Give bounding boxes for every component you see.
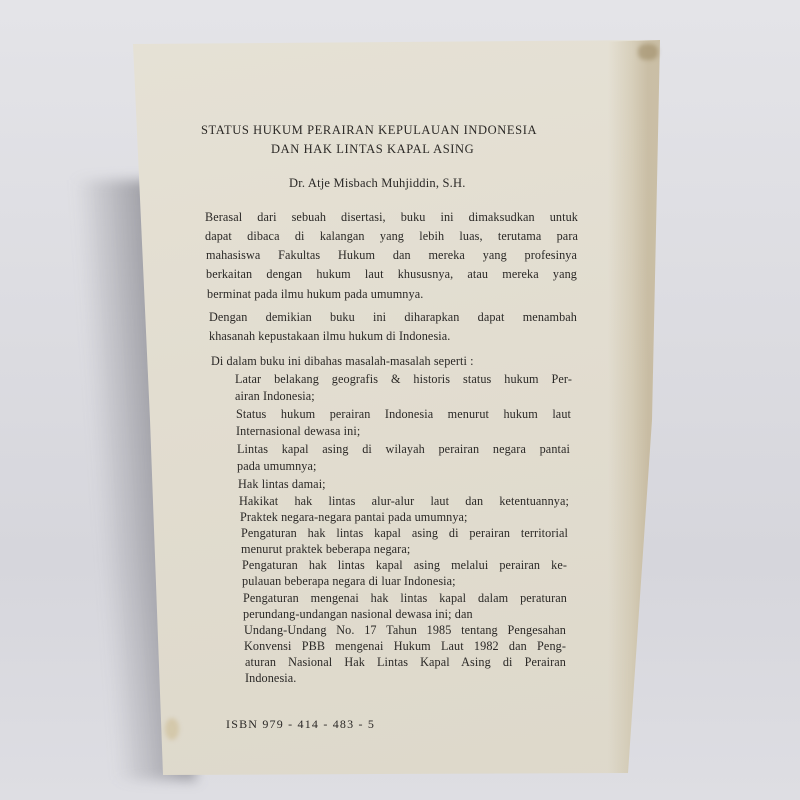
- topic-line: Indonesia.: [245, 671, 296, 686]
- topic-line: Lintas kapal asing di wilayah perairan n…: [237, 442, 570, 457]
- paragraph-line: khasanah kepustakaan ilmu hukum di Indon…: [209, 329, 450, 344]
- topic-line: Pengaturan hak lintas kapal asing di per…: [241, 526, 568, 541]
- topic-line: Hakikat hak lintas alur-alur laut dan ke…: [239, 494, 569, 509]
- topic-line: Undang-Undang No. 17 Tahun 1985 tentang …: [244, 623, 566, 638]
- topic-line: Latar belakang geografis & historis stat…: [235, 372, 572, 387]
- topic-line: airan Indonesia;: [235, 389, 315, 404]
- topic-line: menurut praktek beberapa negara;: [241, 542, 410, 557]
- topic-line: Pengaturan mengenai hak lintas kapal dal…: [243, 591, 567, 606]
- topic-line: Praktek negara-negara pantai pada umumny…: [240, 510, 468, 525]
- topic-line: aturan Nasional Hak Lintas Kapal Asing d…: [245, 655, 566, 670]
- paragraph-line: mahasiswa Fakultas Hukum dan mereka yang…: [206, 248, 577, 263]
- paragraph-line: dapat dibaca di kalangan yang lebih luas…: [205, 229, 578, 244]
- book-title-line-1: STATUS HUKUM PERAIRAN KEPULAUAN INDONESI…: [201, 123, 537, 138]
- paragraph-line: Dengan demikian buku ini diharapkan dapa…: [209, 310, 577, 325]
- topic-line: perundang-undangan nasional dewasa ini; …: [243, 607, 473, 622]
- book-title-line-2: DAN HAK LINTAS KAPAL ASING: [271, 142, 474, 157]
- topic-line: Internasional dewasa ini;: [236, 424, 360, 439]
- paragraph-line: Berasal dari sebuah disertasi, buku ini …: [205, 210, 578, 225]
- paragraph-line: berkaitan dengan hukum laut khususnya, a…: [206, 267, 577, 282]
- topic-line: Status hukum perairan Indonesia menurut …: [236, 407, 571, 422]
- topic-line: Hak lintas damai;: [238, 477, 326, 492]
- corner-wear: [638, 44, 658, 60]
- topic-line: Pengaturan hak lintas kapal asing melalu…: [242, 558, 567, 573]
- topic-line: pulauan beberapa negara di luar Indonesi…: [242, 574, 456, 589]
- paragraph-line: berminat pada ilmu hukum pada umumnya.: [207, 287, 423, 302]
- book-author: Dr. Atje Misbach Muhjiddin, S.H.: [289, 176, 466, 191]
- topics-intro: Di dalam buku ini dibahas masalah-masala…: [211, 354, 474, 369]
- topic-line: Konvensi PBB mengenai Hukum Laut 1982 da…: [244, 639, 566, 654]
- cover-stain: [165, 718, 179, 740]
- topic-line: pada umumnya;: [237, 459, 316, 474]
- isbn-number: ISBN 979 - 414 - 483 - 5: [226, 717, 375, 732]
